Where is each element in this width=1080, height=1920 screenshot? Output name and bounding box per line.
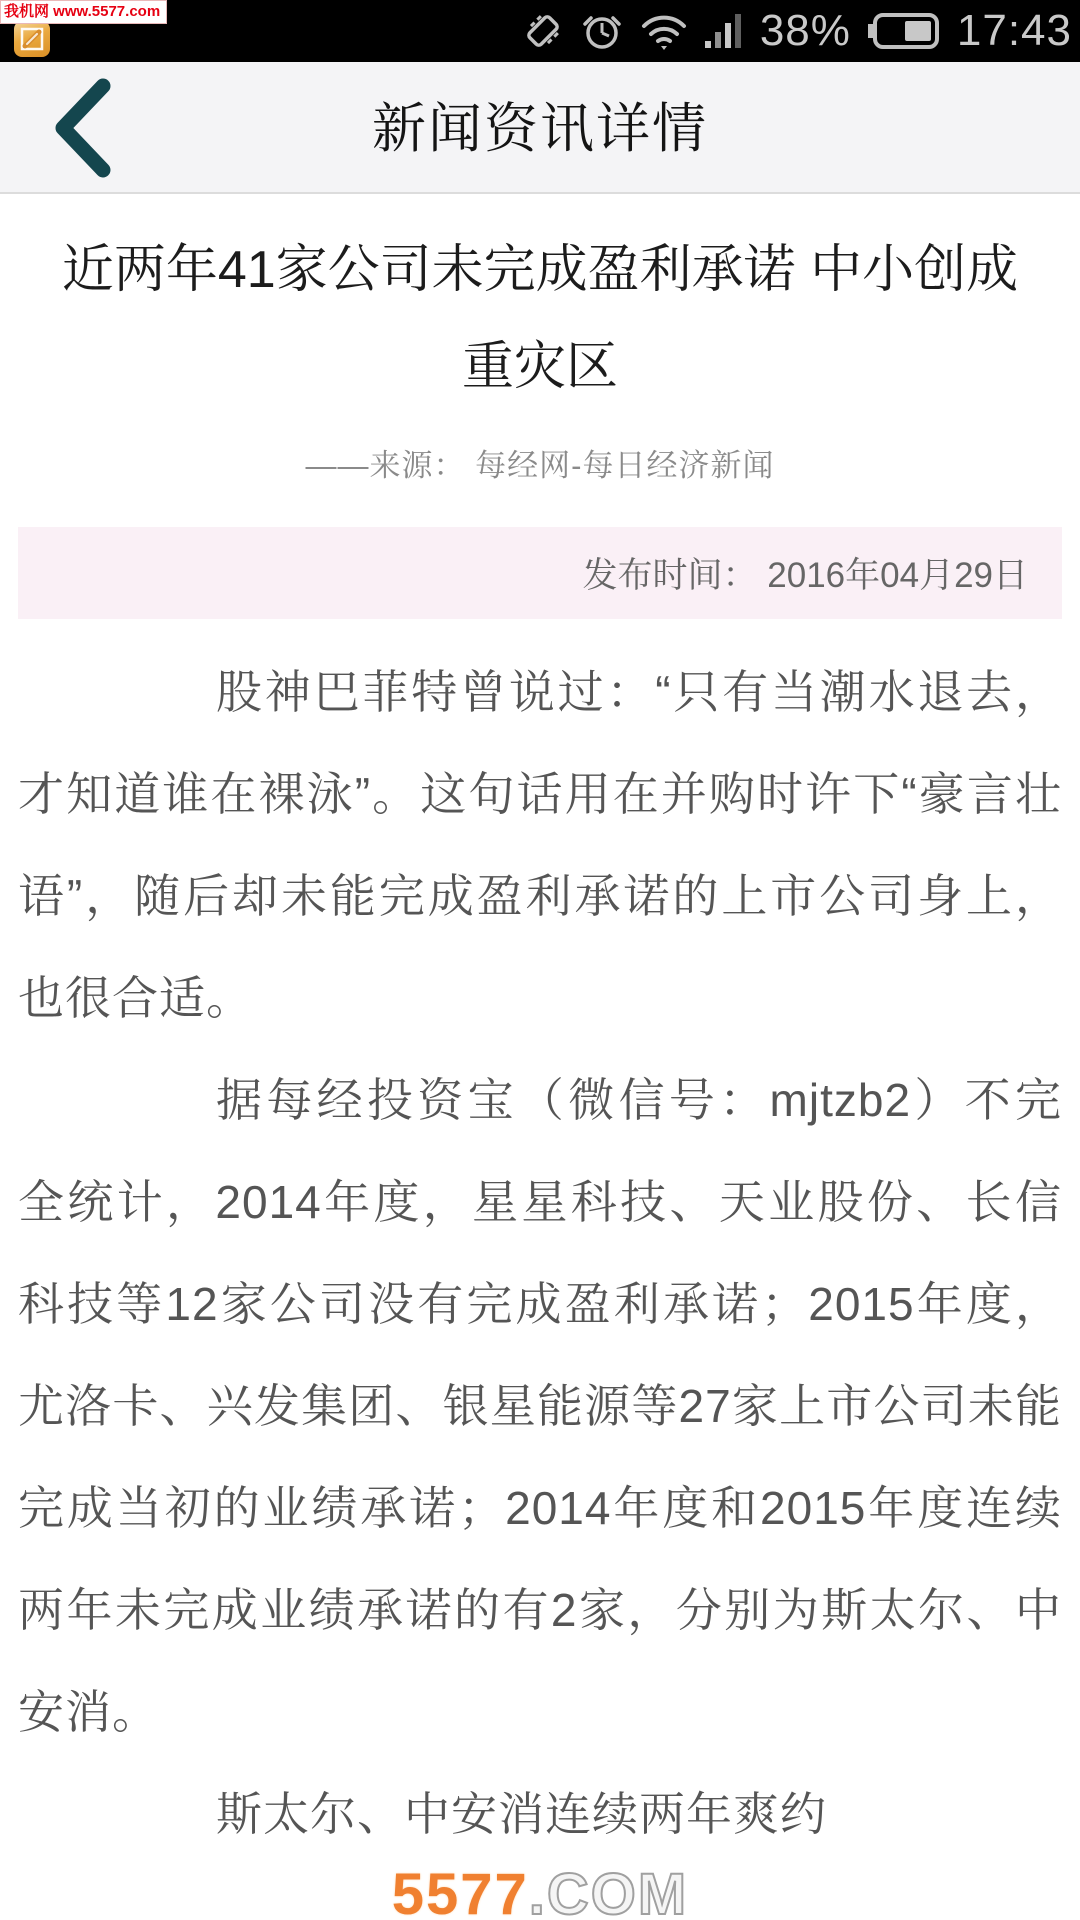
nav-bar: 新闻资讯详情 xyxy=(0,62,1080,194)
site-watermark-top: 我机网 www.5577.com xyxy=(0,0,167,24)
watermark-brand: 5577 xyxy=(392,1862,529,1920)
alarm-icon xyxy=(580,9,624,53)
status-indicators: 38% 17:43 xyxy=(522,0,1072,62)
watermark-domain: .COM xyxy=(529,1862,688,1920)
article-scroll-area[interactable]: 近两年41家公司未完成盈利承诺 中小创成重灾区 ——来源： 每经网-每日经济新闻… xyxy=(0,194,1080,1920)
phone-screen: 38% 17:43 我机网 www.5577.com 新闻资讯详情 近两年41家… xyxy=(0,0,1080,1920)
battery-icon xyxy=(867,10,941,52)
publish-date-bar: 发布时间： 2016年04月29日 xyxy=(18,527,1062,619)
back-button[interactable] xyxy=(36,78,132,178)
battery-percent: 38% xyxy=(760,6,851,56)
article-paragraph: 股神巴菲特曾说过：“只有当潮水退去，才知道谁在裸泳”。这句话用在并购时许下“豪言… xyxy=(18,641,1062,1049)
clock-time: 17:43 xyxy=(957,6,1072,56)
signal-icon xyxy=(704,10,744,52)
article-title: 近两年41家公司未完成盈利承诺 中小创成重灾区 xyxy=(36,222,1044,416)
page-title: 新闻资讯详情 xyxy=(0,62,1080,194)
publish-date-text: 发布时间： 2016年04月29日 xyxy=(583,548,1028,598)
vibrate-icon xyxy=(522,10,564,52)
article-source: ——来源： 每经网-每日经济新闻 xyxy=(0,440,1080,485)
wifi-icon xyxy=(640,11,688,51)
article-paragraph: 据每经投资宝（微信号：mjtzb2）不完全统计，2014年度，星星科技、天业股份… xyxy=(18,1049,1062,1763)
chevron-left-icon xyxy=(49,78,119,178)
screenshot-app-icon xyxy=(14,21,50,57)
article-body: 股神巴菲特曾说过：“只有当潮水退去，才知道谁在裸泳”。这句话用在并购时许下“豪言… xyxy=(18,641,1062,1865)
article-paragraph: 斯太尔、中安消连续两年爽约 xyxy=(18,1763,1062,1865)
site-watermark-bottom: 5577.COM xyxy=(0,1861,1080,1920)
